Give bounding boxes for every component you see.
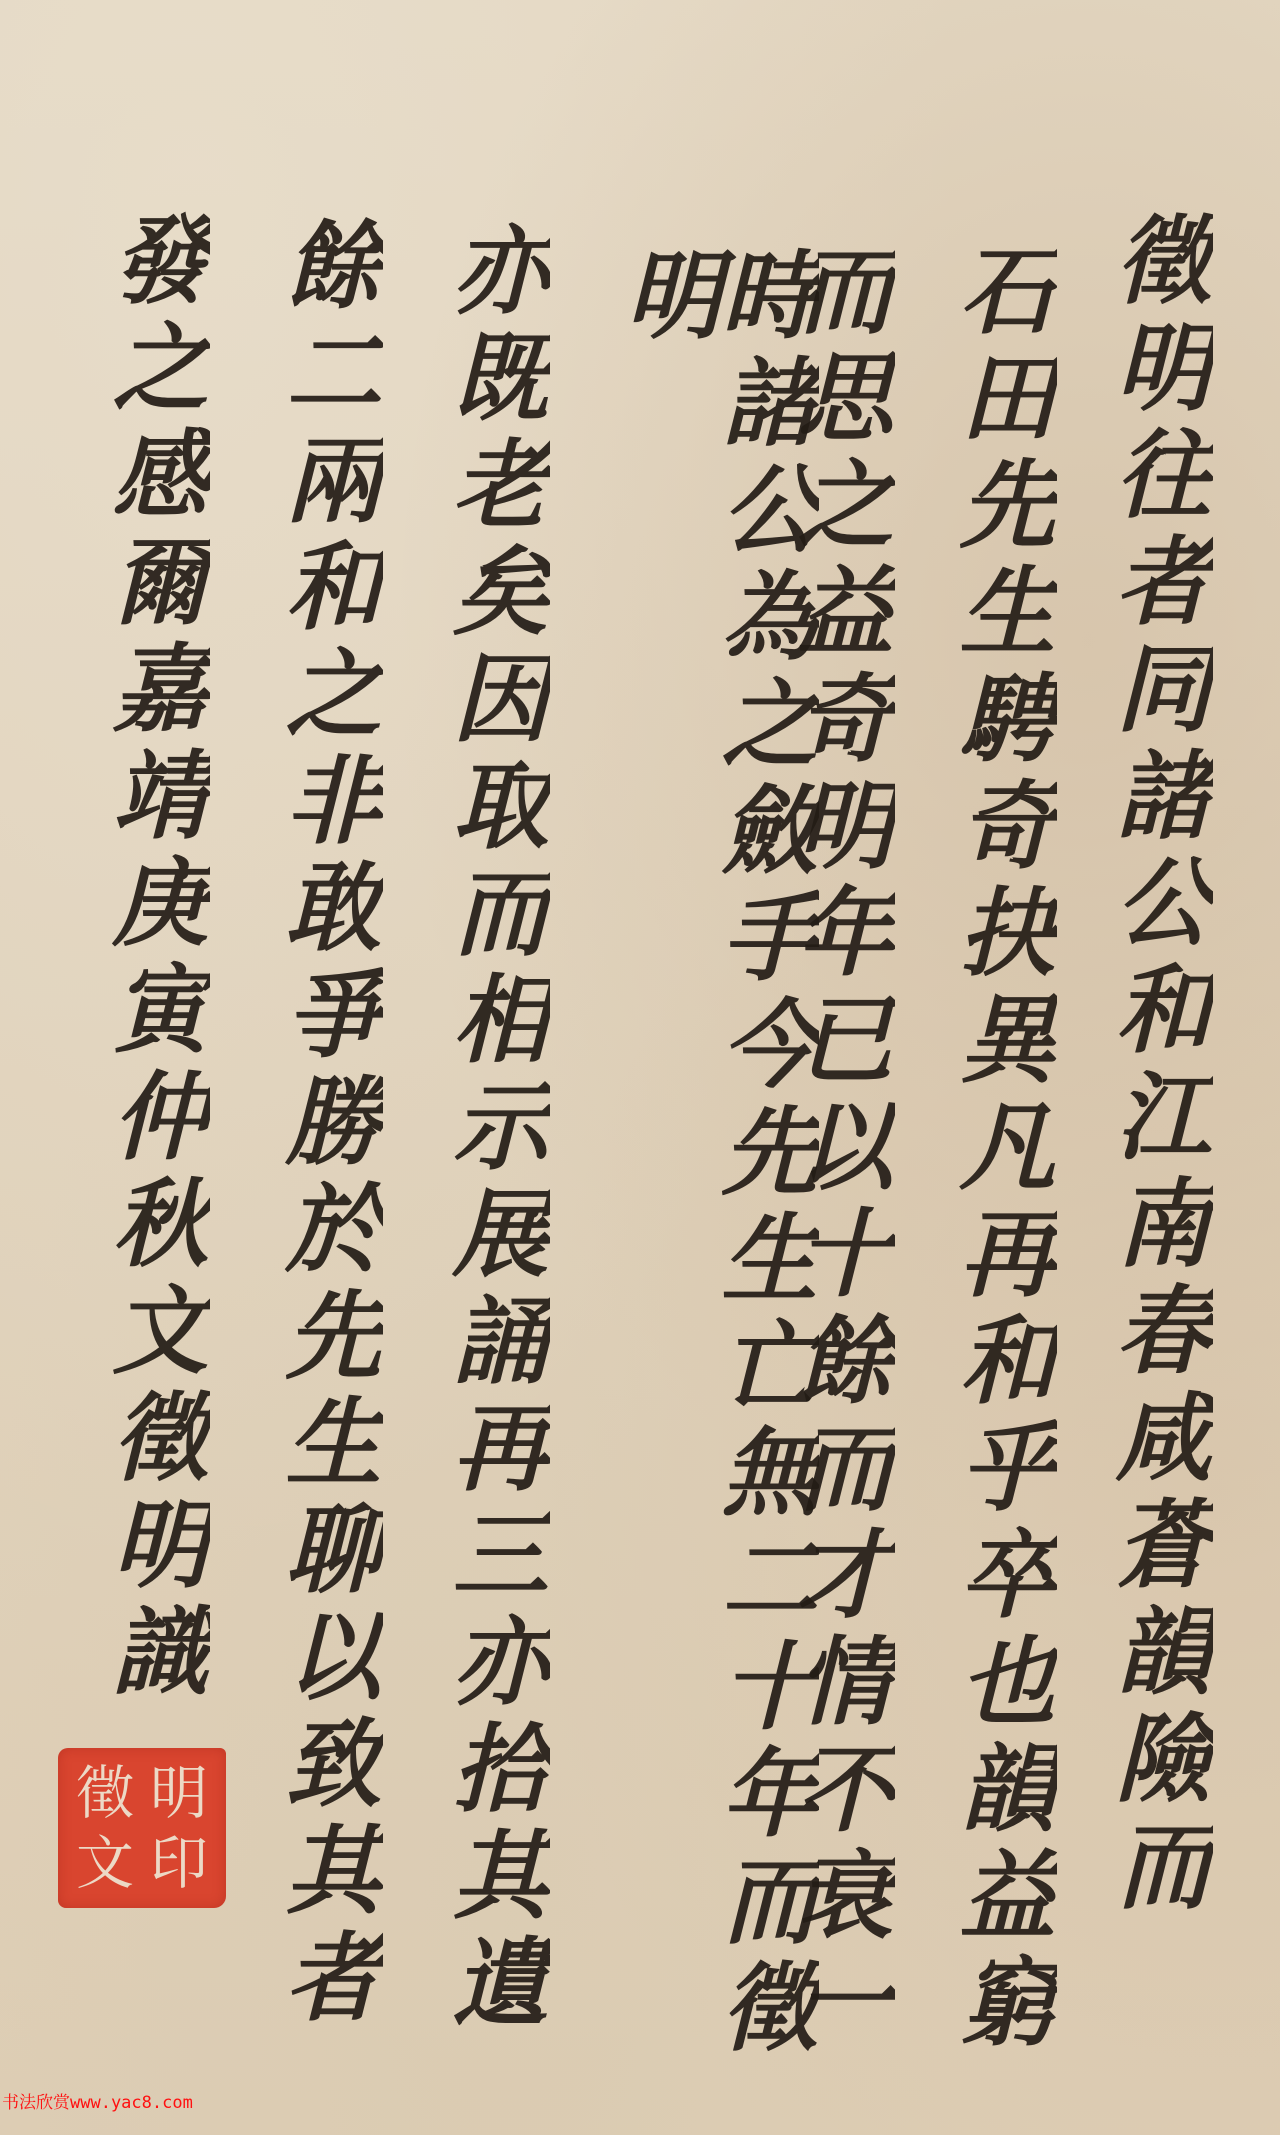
calligraphy-column-2: 石田先生騁奇抉異凡再和乎卒也韻益窮 <box>952 240 1048 2059</box>
calligraphy-column-4: 時諸公為之斂手今先生亡無二十年而徵明 <box>618 245 810 2135</box>
calligraphy-column-6: 餘二兩和之非敢爭勝於先生聊以致其者 <box>278 215 374 2034</box>
calligraphy-column-5: 亦既老矣因取而相示展誦再三亦拾其遺 <box>445 220 541 2039</box>
calligraphy-paper: 徵明往者同諸公和江南春咸蒼韻險而 石田先生騁奇抉異凡再和乎卒也韻益窮 而思之益奇… <box>0 0 1280 2135</box>
seal-char: 印 <box>142 1828 216 1898</box>
calligraphy-column-1: 徵明往者同諸公和江南春咸蒼韻險而 <box>1108 210 1204 1922</box>
red-seal-stamp: 徵 明 文 印 <box>58 1748 226 1908</box>
seal-char: 明 <box>142 1758 216 1828</box>
site-watermark: 书法欣赏www.yac8.com <box>2 2088 193 2113</box>
seal-char: 徵 <box>68 1758 142 1828</box>
seal-char: 文 <box>68 1828 142 1898</box>
calligraphy-column-7-signature: 發之感爾嘉靖庚寅仲秋文徵明識 <box>105 210 201 1708</box>
